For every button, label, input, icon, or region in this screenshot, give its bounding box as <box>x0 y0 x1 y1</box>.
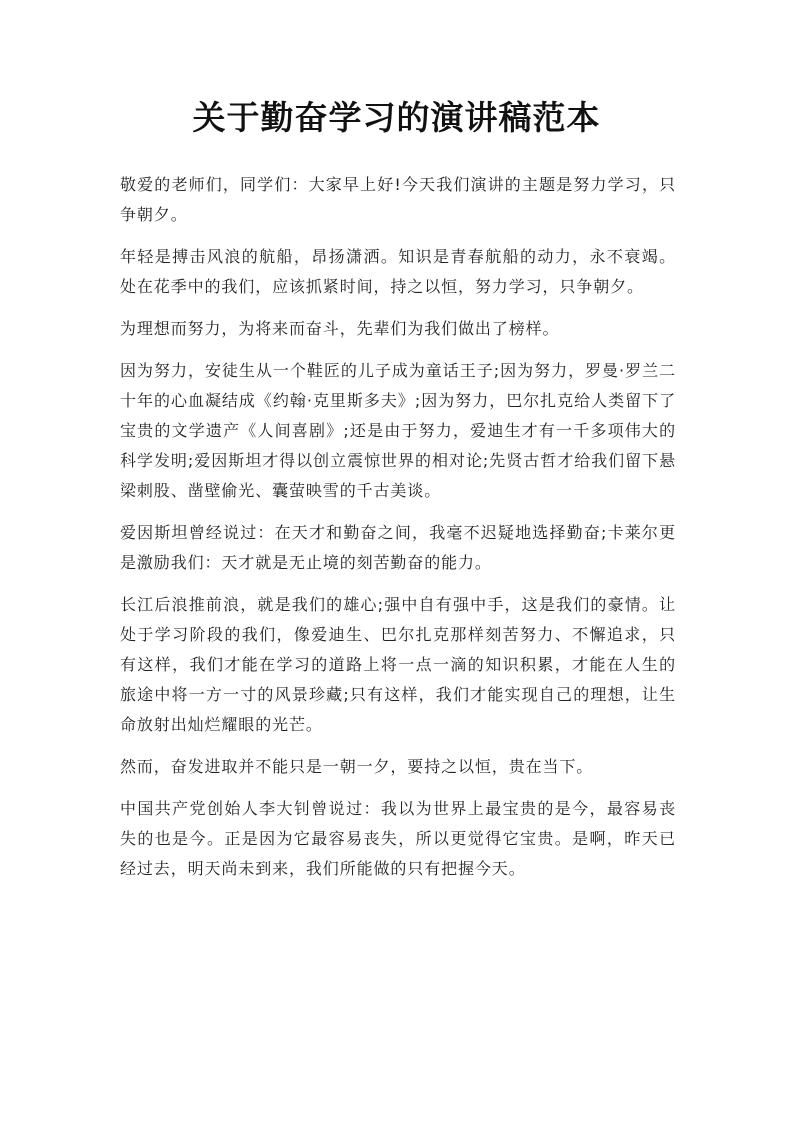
paragraph-youth: 年轻是搏击风浪的航船，昂扬潇洒。知识是青春航船的动力，永不衰竭。处在花季中的我们… <box>120 242 676 302</box>
paragraph-ambition: 长江后浪推前浪，就是我们的雄心;强中自有强中手，这是我们的豪情。让处于学习阶段的… <box>120 590 676 740</box>
document-page: 关于勤奋学习的演讲稿范本 敬爱的老师们，同学们：大家早上好!今天我们演讲的主题是… <box>0 0 793 1122</box>
paragraph-li-dazhao-quote: 中国共产党创始人李大钊曾说过：我以为世界上最宝贵的是今，最容易丧失的也是今。正是… <box>120 794 676 884</box>
paragraph-examples: 因为努力，安徒生从一个鞋匠的儿子成为童话王子;因为努力，罗曼·罗兰二十年的心血凝… <box>120 356 676 506</box>
document-body: 敬爱的老师们，同学们：大家早上好!今天我们演讲的主题是努力学习，只争朝夕。 年轻… <box>120 170 676 896</box>
paragraph-ideals: 为理想而努力，为将来而奋斗，先辈们为我们做出了榜样。 <box>120 314 676 344</box>
paragraph-einstein-quote: 爱因斯坦曾经说过：在天才和勤奋之间，我毫不迟疑地选择勤奋;卡莱尔更是激励我们：天… <box>120 518 676 578</box>
paragraph-persistence: 然而，奋发进取并不能只是一朝一夕，要持之以恒，贵在当下。 <box>120 752 676 782</box>
document-title: 关于勤奋学习的演讲稿范本 <box>0 94 793 142</box>
paragraph-greeting: 敬爱的老师们，同学们：大家早上好!今天我们演讲的主题是努力学习，只争朝夕。 <box>120 170 676 230</box>
